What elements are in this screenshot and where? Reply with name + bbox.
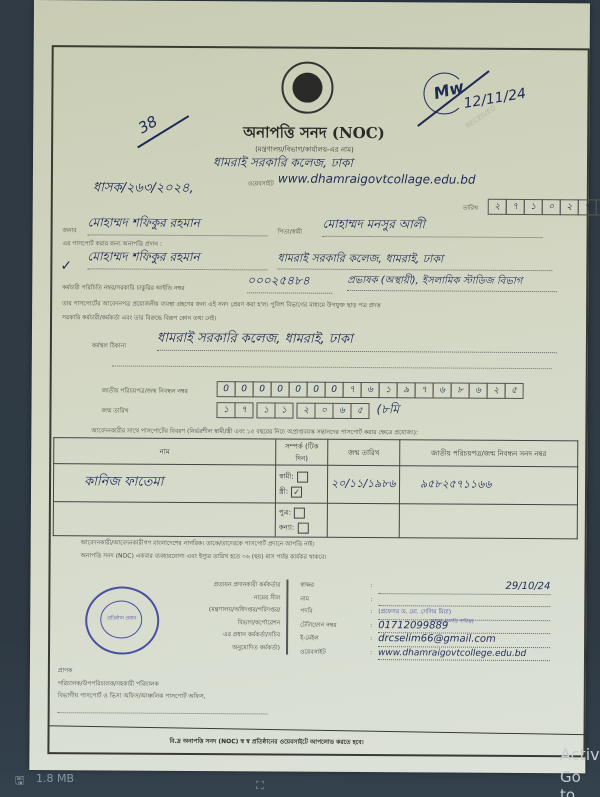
dob-digit: ৭: [234, 402, 253, 418]
nid-digit: ৬: [433, 382, 452, 398]
footer-line-2: বিভাগীয় পাসপোর্ট ও ভিসা অফিস/আঞ্চলিক পা…: [58, 690, 206, 702]
dob-digit: ৫: [350, 403, 369, 419]
fit-to-screen-icon[interactable]: ⛶: [256, 779, 264, 793]
nid-digit: 0: [289, 382, 308, 398]
nid-digit: 0: [325, 382, 344, 398]
nid-boxes: 0 0 0 0 0 0 0 ৭ ৬ ১ ৯ ৭ ৬ ৮ ৬ ২ ৫: [217, 381, 523, 399]
header-name: নাম: [54, 438, 276, 465]
designation-value: প্রভাষক (অস্থায়ী), ইসলামিক স্টাডিজ বিভা…: [347, 273, 557, 292]
authority-label: এর প্রধান কর্মকর্তা/সচিব: [180, 629, 280, 642]
relatives-table: নাম সম্পর্ক (টিক দিন) জন্ম তারিখ জাতীয় …: [53, 437, 579, 539]
relative-name: কানিজ ফাতেমা: [53, 464, 275, 503]
footer-to: প্রাপক: [58, 665, 73, 676]
field-name-label: নাম: [300, 593, 370, 606]
date-digit: ৭: [578, 199, 597, 215]
dob-label: জন্ম তারিখ: [101, 405, 128, 416]
image-icon: 🖫: [15, 772, 24, 791]
header-relation: সম্পর্ক (টিক দিন): [276, 439, 328, 465]
relation-husband-checkbox[interactable]: [297, 471, 308, 482]
relative-dob: ২০/১১/১৯৮৬: [327, 465, 399, 503]
relatives-intro: আবেদনকারীর সাথে পাসপোর্টের বিবরণ (নির্ভর…: [91, 425, 418, 438]
stamp-center-text: প্রতিষ্ঠান প্রধান: [107, 615, 136, 623]
post-value: ধামরাই সরকারি কলেজ, ধামরাই, ঢাকা: [277, 249, 552, 271]
brace: [286, 580, 291, 655]
name-label: জনাব: [63, 225, 77, 236]
footer-note: বি.দ্র অনাপত্তি সনদ (NOC) স্ব স্ব প্রতিষ…: [169, 736, 363, 748]
applicant-name-2: মোহাম্মদ শফিকুর রহমান: [87, 248, 267, 270]
table-row: পুত্র: কন্যা:: [53, 502, 577, 539]
dob-digit: ১: [216, 402, 235, 418]
relative-nid: ৯৫৮২৫৭১১৬৬: [399, 466, 577, 505]
relation-wife-checkbox[interactable]: ✓: [291, 486, 302, 497]
citizen-statement: আবেদনকারী/আবেদনকারীগণ বাংলাদেশের নাগরিক।…: [81, 537, 315, 549]
statement-line-2: সরকারি কর্মচারী/কর্মকর্তা এবং তার বিরুদ্…: [62, 312, 216, 324]
viewer-status-bar: 🖫 1.8 MB ⛶: [0, 765, 600, 797]
website-label: ওয়েবসাইট: [248, 178, 274, 189]
field-designation-label: পদবি: [300, 606, 370, 620]
nid-digit: ৬: [361, 382, 380, 398]
authority-fields: স্বাক্ষর:29/10/24 নাম: পদবি:(প্রফেসর ড. …: [300, 580, 550, 662]
relative-nid: [399, 504, 577, 539]
relation-daughter-checkbox[interactable]: [297, 522, 308, 533]
field-phone-label: টেলিফোন নম্বর: [300, 619, 370, 633]
government-seal: [281, 62, 333, 114]
nid-digit: ৭: [415, 382, 434, 398]
authority-labels: প্রত্যয়ন প্রদানকারী কর্মকর্তার নামের সী…: [180, 579, 280, 655]
validity-statement: অনাপত্তি সনদ (NOC) একবার ব্যবহারযোগ্য এব…: [81, 550, 327, 563]
file-size: 1.8 MB: [36, 772, 74, 785]
image-viewer-background: 38 Mw 12/11/24 RECEIVED অনাপত্তি সনদ (NO…: [0, 0, 600, 797]
date-label: তারিখ: [463, 203, 478, 214]
nid-digit: 0: [271, 381, 290, 397]
relation-son-label: পুত্র:: [279, 509, 291, 517]
dob-digit: ১: [274, 402, 293, 418]
authority-label: প্রত্যয়ন প্রদানকারী কর্মকর্তার: [180, 579, 280, 592]
header-nid: জাতীয় পরিচয়পত্র/জন্ম নিবন্ধন সনদ নম্বর: [400, 440, 578, 467]
field-email-label: ই-মেইল: [300, 633, 370, 647]
footer-line-1: পরিচালক/উপপরিচালক/সহকারী পরিচালক: [58, 678, 159, 690]
workplace-value: ধামরাই সরকারি কলেজ, ধামরাই, ঢাকা: [157, 329, 557, 353]
authority-label: (মন্ত্রণালয়/অধিদপ্তর/পরিদপ্তর/: [180, 604, 280, 617]
nid-digit: ৮: [451, 383, 470, 399]
nid-label: জাতীয় পরিচয়পত্র/জন্ম নিবন্ধন নম্বর: [102, 385, 188, 397]
relation-son-checkbox[interactable]: [294, 507, 305, 518]
activate-windows-line2: Go to: [560, 768, 600, 797]
relation-cell: পুত্র: কন্যা:: [275, 503, 327, 537]
applicant-name: মোহাম্মদ শফিকুর রহমান: [88, 214, 268, 236]
nid-digit: 0: [253, 381, 272, 397]
field-website-label: ওয়েবসাইট: [300, 646, 370, 660]
dob-boxes: ১ ৭ ১ ১ ২ ০ ৬ ৫: [216, 402, 368, 419]
check-mark: ✓: [60, 258, 72, 274]
institution-stamp: প্রতিষ্ঠান প্রধান: [85, 586, 159, 654]
date-boxes: ২ ৭ ১ ০ ২ ৭ ২ ৪: [488, 199, 600, 216]
date-digit: ২: [596, 199, 600, 215]
date-digit: ০: [542, 199, 561, 215]
date-digit: ৭: [506, 199, 525, 215]
relative-name: [53, 502, 275, 537]
dob-note: (৮মি: [376, 401, 399, 421]
date-digit: ২: [488, 199, 507, 215]
nid-digit: ২: [487, 383, 506, 399]
website-value: www.dhamraigovtcollage.edu.bd: [278, 171, 476, 186]
nid-digit: ৯: [397, 382, 416, 398]
nid-digit: ১: [379, 382, 398, 398]
field-signature-label: স্বাক্ষর: [300, 580, 370, 594]
authority-label: নামের সীল: [180, 591, 280, 604]
header-dob: জন্ম তারিখ: [328, 439, 400, 465]
table-row: কানিজ ফাতেমা স্বামী: স্ত্রী:✓ ২০/১১/১৯৮৬…: [53, 464, 577, 505]
nid-digit: ৬: [469, 383, 488, 399]
relation-wife-label: স্ত্রী:: [279, 488, 288, 496]
date-digit: ২: [560, 199, 579, 215]
nid-digit: 0: [307, 382, 326, 398]
field-email-value: drcselim66@gmail.com: [378, 633, 550, 648]
field-name-value: [378, 594, 550, 608]
relative-dob: [327, 503, 399, 537]
id-value: ০০০২৫৪৮৪: [247, 272, 332, 294]
relation-daughter-label: কন্যা:: [279, 524, 295, 532]
dob-digit: ৬: [332, 403, 351, 419]
authority-label: অনুমোদিত কর্মকর্তা): [180, 641, 280, 654]
relation-husband-label: স্বামী:: [279, 473, 294, 481]
date-digit: ১: [524, 199, 543, 215]
father-name: মোহাম্মদ মনসুর আলী: [323, 216, 543, 238]
nid-digit: 0: [217, 381, 236, 397]
field-signature-value: 29/10/24: [378, 580, 550, 595]
memo-number: ধাসক/২৬৩/২০২৪,: [93, 178, 194, 200]
designation-sub: অধ্যক্ষ (চলতি দায়িত্ব): [430, 618, 473, 626]
father-label: পিতা/স্বামী: [278, 226, 303, 237]
dob-digit: ২: [296, 403, 315, 419]
field-website-value: www.dhamraigovtcollege.edu.bd: [378, 647, 550, 662]
nid-digit: 0: [235, 381, 254, 397]
relation-cell: স্বামী: স্ত্রী:✓: [275, 465, 327, 503]
noc-document: 38 Mw 12/11/24 RECEIVED অনাপত্তি সনদ (NO…: [29, 0, 590, 773]
activate-windows-line1: Activ: [560, 745, 600, 764]
workplace-label: কর্মস্থল ঠিকানা: [92, 340, 126, 351]
dob-digit: ০: [314, 403, 333, 419]
dob-digit: ১: [256, 402, 275, 418]
authority-label: বিভাগ/কর্পোরেশন: [180, 616, 280, 629]
id-label: কর্মচারী পরিচিতি নম্বর/সরকারি চাকুরির আই…: [62, 282, 184, 294]
nid-digit: ৭: [343, 382, 362, 398]
nid-digit: ৫: [505, 383, 524, 399]
